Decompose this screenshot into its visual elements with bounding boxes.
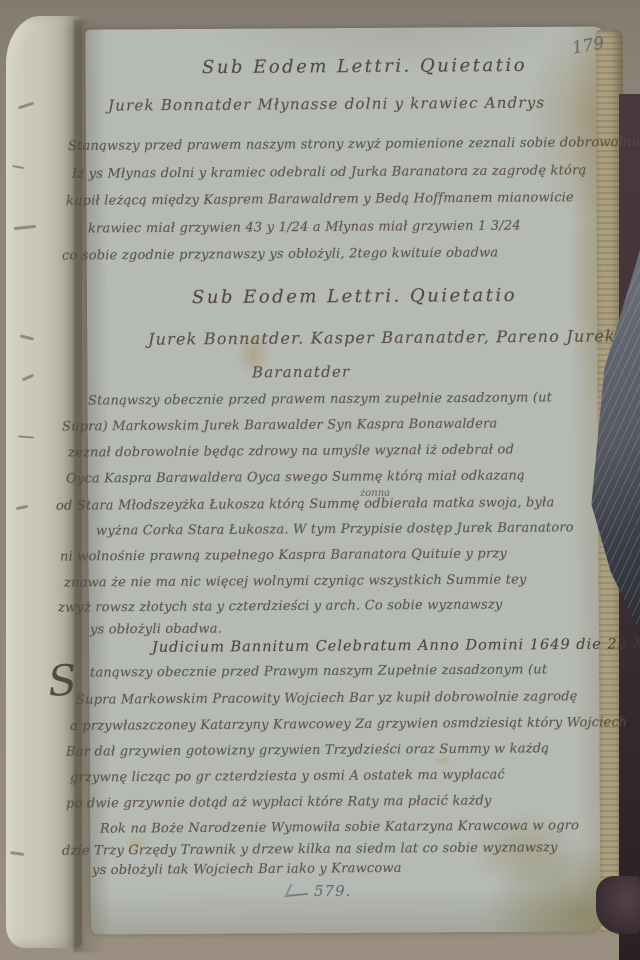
section2-subheading: Baranatder xyxy=(252,363,350,382)
manuscript-line: ys obłożyli tak Wojciech Bar iako y Kraw… xyxy=(92,861,402,878)
inserted-word: żonna xyxy=(360,488,390,499)
manuscript-line: tanąwszy obecznie przed Prawym naszym Zu… xyxy=(90,662,547,680)
manuscript-line: co sobie zgodnie przyznawszy ys obłożyli… xyxy=(62,245,498,263)
manuscript-line: Oyca Kaspra Barawaldera Oyca swego Summę… xyxy=(66,468,525,486)
book-photo: 179 Sub Eodem Lettri. Quietatio Jurek Bo… xyxy=(0,0,640,960)
manuscript-line: ys obłożyli obadwa. xyxy=(90,622,222,638)
manuscript-line: krawiec miał grzywien 43 y 1/24 a Młynas… xyxy=(88,218,521,236)
manuscript-line: zwyż rowsz złotych sta y czterdzieści y … xyxy=(58,597,503,615)
manuscript-line: grzywnę licząc po gr czterdziesta y osmi… xyxy=(70,767,505,785)
section1-heading: Sub Eodem Lettri. Quietatio xyxy=(202,55,527,78)
page-number-mark: 579. xyxy=(288,882,351,900)
judicium-heading: Judicium Bannitum Celebratum Anno Domini… xyxy=(152,636,640,656)
manuscript-line: Supra) Markowskim Jurek Barawalder Syn K… xyxy=(62,416,498,434)
section2-subheading: Jurek Bonnatder. Kasper Baranatder, Pare… xyxy=(148,326,616,348)
manuscript-line: po dwie grzywnie dotąd aż wypłaci które … xyxy=(66,794,492,812)
manuscript-line: ni wolnośnie prawną zupełnego Kaspra Bar… xyxy=(60,546,507,564)
manuscript-line: zeznał dobrowolnie będąc zdrowy na umyśl… xyxy=(68,442,514,460)
page-number-value: 579. xyxy=(314,882,351,900)
drop-cap-initial: S xyxy=(47,659,79,703)
section1-subheading: Jurek Bonnatder Młynasse dolni y krawiec… xyxy=(108,93,545,114)
book-cover-corner xyxy=(596,876,640,934)
section2-heading: Sub Eodem Lettri. Quietatio xyxy=(192,285,517,308)
scribble-mark xyxy=(284,882,313,897)
